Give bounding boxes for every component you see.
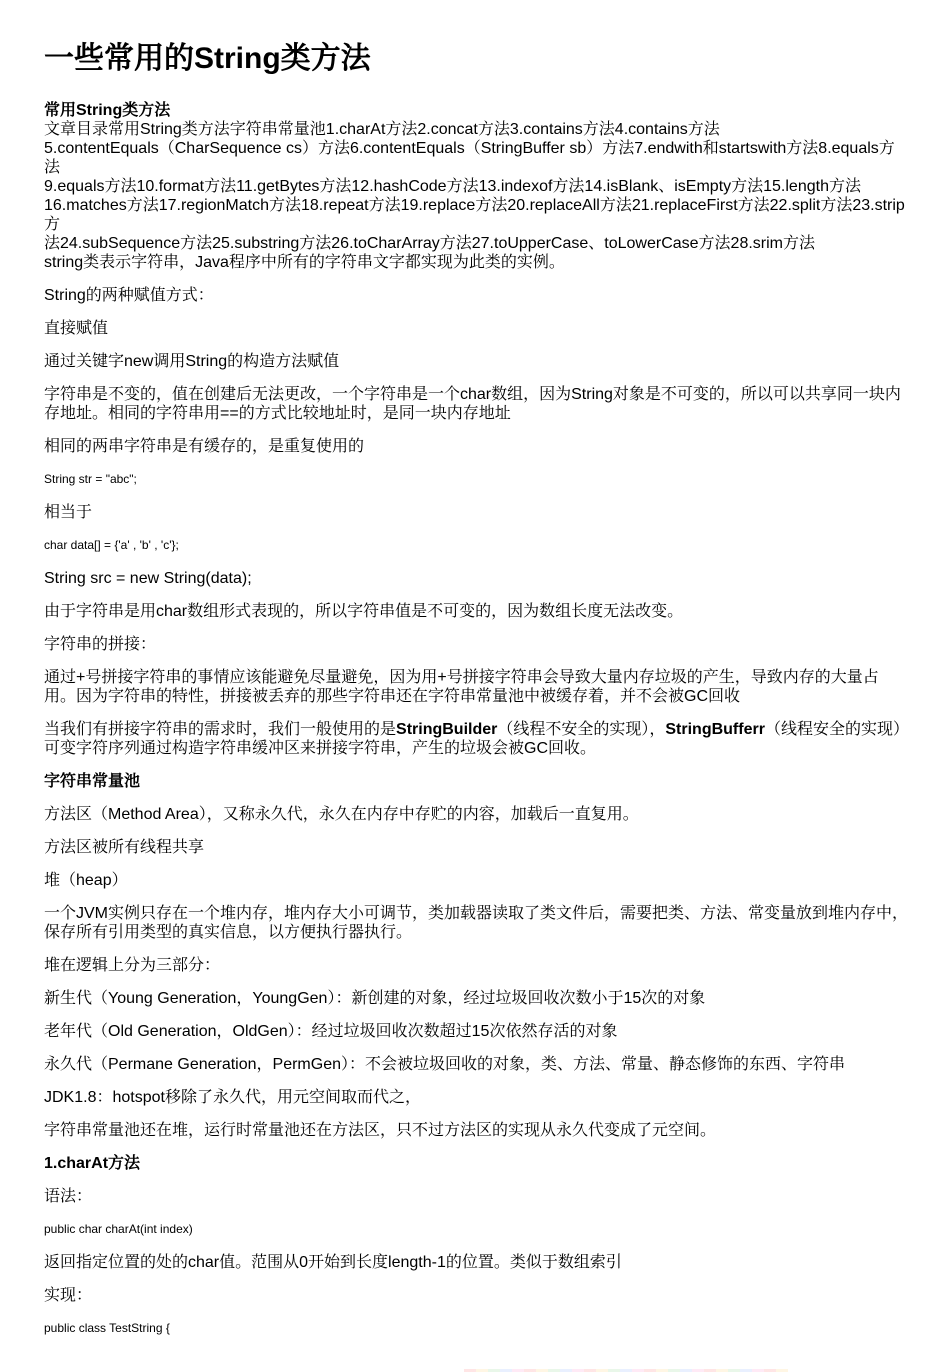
stringbuffer-term: StringBufferr bbox=[665, 721, 765, 738]
paragraph-assign-direct: 直接赋值 bbox=[44, 319, 910, 338]
code-char-data: char data[] = {'a' , 'b' , 'c'}; bbox=[44, 538, 910, 553]
toc-heading: 常用String类方法 bbox=[44, 101, 910, 120]
paragraph-cache: 相同的两串字符串是有缓存的，是重复使用的 bbox=[44, 437, 910, 456]
toc-line: 法24.subSequence方法25.substring方法26.toChar… bbox=[44, 234, 910, 253]
section-heading-charat: 1.charAt方法 bbox=[44, 1154, 910, 1173]
code-test-string-class: public class TestString { bbox=[44, 1321, 910, 1336]
paragraph-immutable: 字符串是不变的，值在创建后无法更改，一个字符串是一个char数组，因为Strin… bbox=[44, 385, 910, 423]
paragraph-method-area: 方法区（Method Area），又称永久代，永久在内存中存贮的内容，加载后一直… bbox=[44, 805, 910, 824]
paragraph-old-gen: 老年代（Old Generation，OldGen）：经过垃圾回收次数超过15次… bbox=[44, 1022, 910, 1041]
paragraph-heap-parts: 堆在逻辑上分为三部分： bbox=[44, 956, 910, 975]
toc-block: 常用String类方法 文章目录常用String类方法字符串常量池1.charA… bbox=[44, 101, 910, 272]
section-heading-string-pool: 字符串常量池 bbox=[44, 772, 910, 791]
paragraph-impl-label: 实现： bbox=[44, 1286, 910, 1305]
toc-line: 9.equals方法10.format方法11.getBytes方法12.has… bbox=[44, 177, 910, 196]
page-title: 一些常用的String类方法 bbox=[44, 43, 910, 75]
paragraph-concat-title: 字符串的拼接： bbox=[44, 635, 910, 654]
paragraph-jvm-heap: 一个JVM实例只存在一个堆内存，堆内存大小可调节，类加载器读取了类文件后，需要把… bbox=[44, 904, 910, 942]
toc-line: string类表示字符串，Java程序中所有的字符串文字都实现为此类的实例。 bbox=[44, 253, 910, 272]
paragraph-charat-desc: 返回指定位置的处的char值。范围从0开始到长度length-1的位置。类似于数… bbox=[44, 1253, 910, 1272]
code-charat-signature: public char charAt(int index) bbox=[44, 1222, 910, 1237]
paragraph-builder: 当我们有拼接字符串的需求时，我们一般使用的是StringBuilder（线程不安… bbox=[44, 720, 910, 758]
builder-text-segment: 当我们有拼接字符串的需求时，我们一般使用的是 bbox=[44, 721, 396, 738]
article-body: 一些常用的String类方法 常用String类方法 文章目录常用String类… bbox=[0, 0, 950, 1372]
paragraph-equiv: 相当于 bbox=[44, 503, 910, 522]
paragraph-assign-new: 通过关键字new调用String的构造方法赋值 bbox=[44, 352, 910, 371]
toc-line: 5.contentEquals（CharSequence cs）方法6.cont… bbox=[44, 139, 910, 177]
paragraph-syntax-label: 语法： bbox=[44, 1187, 910, 1206]
paragraph-heap: 堆（heap） bbox=[44, 871, 910, 890]
paragraph-young-gen: 新生代（Young Generation，YoungGen）：新创建的对象，经过… bbox=[44, 989, 910, 1008]
code-new-string: String src = new String(data); bbox=[44, 569, 910, 588]
paragraph-jdk18: JDK1.8：hotspot移除了永久代，用元空间取而代之， bbox=[44, 1088, 910, 1107]
paragraph-perm-gen: 永久代（Permane Generation，PermGen）：不会被垃圾回收的… bbox=[44, 1055, 910, 1074]
code-string-str: String str = "abc"; bbox=[44, 472, 910, 487]
paragraph-assign-intro: String的两种赋值方式： bbox=[44, 286, 910, 305]
paragraph-char-array: 由于字符串是用char数组形式表现的，所以字符串值是不可变的，因为数组长度无法改… bbox=[44, 602, 910, 621]
toc-line: 16.matches方法17.regionMatch方法18.repeat方法1… bbox=[44, 196, 910, 234]
paragraph-concat-warning: 通过+号拼接字符串的事情应该能避免尽量避免，因为用+号拼接字符串会导致大量内存垃… bbox=[44, 668, 910, 706]
paragraph-method-area-shared: 方法区被所有线程共享 bbox=[44, 838, 910, 857]
builder-text-segment: （线程不安全的实现）， bbox=[497, 721, 665, 738]
stringbuilder-term: StringBuilder bbox=[396, 721, 497, 738]
toc-line: 文章目录常用String类方法字符串常量池1.charAt方法2.concat方… bbox=[44, 120, 910, 139]
paragraph-pool-location: 字符串常量池还在堆，运行时常量池还在方法区，只不过方法区的实现从永久代变成了元空… bbox=[44, 1121, 910, 1140]
